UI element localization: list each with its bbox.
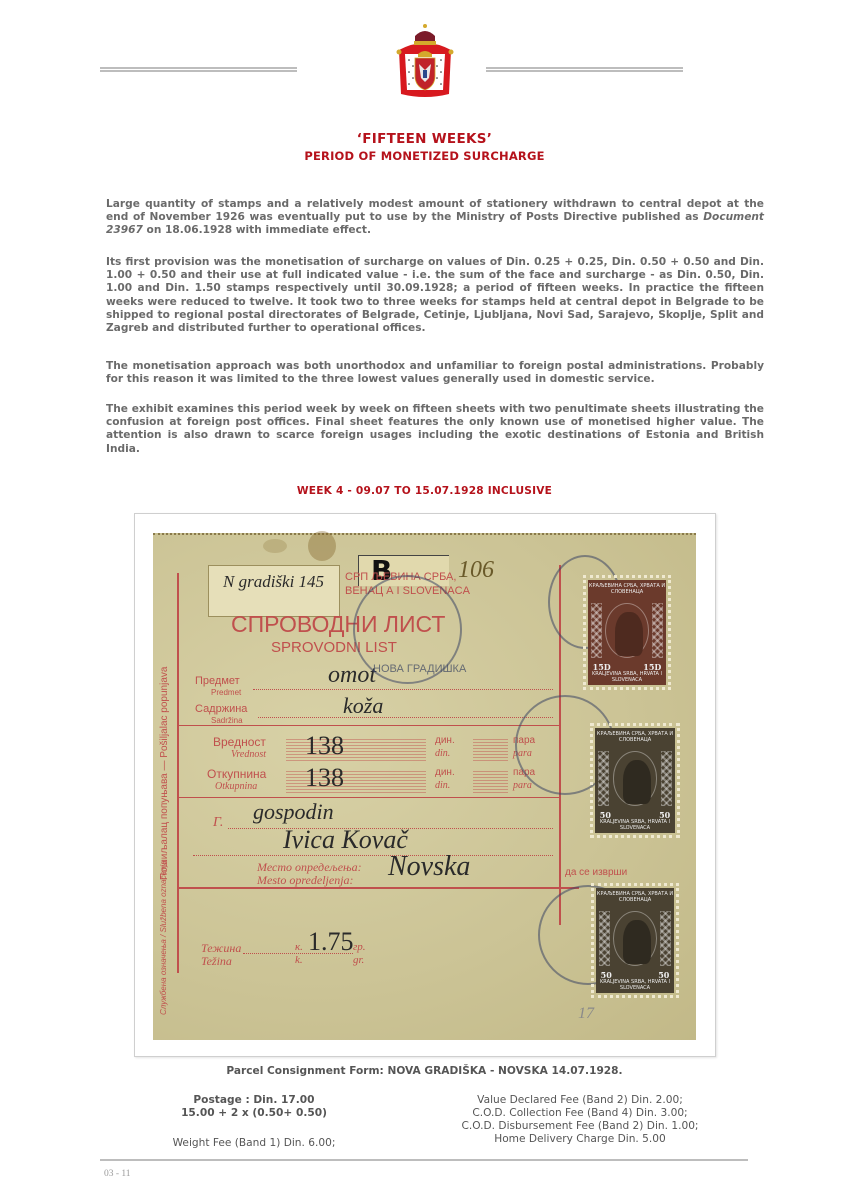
- footer-rule: [100, 1159, 748, 1161]
- official-marks-label: Службена означења / Službena označenja: [159, 860, 168, 1015]
- postage-total: Postage : Din. 17.00: [134, 1094, 374, 1107]
- coat-of-arms-icon: [393, 22, 457, 102]
- contents-value: koža: [343, 693, 383, 719]
- page-number: 03 - 11: [104, 1169, 131, 1179]
- page-title: ‘FIFTEEN WEEKS’: [0, 131, 849, 147]
- fee-line: Value Declared Fee (Band 2) Din. 2.00;: [410, 1094, 750, 1107]
- delivery-note: да се изврши: [565, 867, 627, 878]
- pencil-note: 17: [578, 1005, 594, 1023]
- stamp-50-para: КРАЉЕВИНА СРБА, ХРВАТА И СЛОВЕНАЦА 50 50…: [591, 883, 679, 998]
- destination-value: Novska: [388, 851, 470, 883]
- fee-line: C.O.D. Disbursement Fee (Band 2) Din. 1.…: [410, 1120, 750, 1133]
- origin-label: N gradiški 145: [208, 565, 340, 617]
- parcel-consignment-form: Пошиљалац попуњава — Pošiljalac popunjav…: [153, 533, 696, 1040]
- approach-paragraph: The monetisation approach was both unort…: [106, 360, 764, 386]
- ink-number: 106: [458, 557, 494, 584]
- fee-line: Home Delivery Charge Din. 5.00: [410, 1133, 750, 1146]
- form-rule: [177, 573, 179, 973]
- form-rule: [179, 797, 559, 798]
- section-heading: WEEK 4 - 09.07 TO 15.07.1928 INCLUSIVE: [0, 485, 849, 497]
- exhibit-caption: Parcel Consignment Form: NOVA GRADIŠKA -…: [0, 1065, 849, 1077]
- fee-line: C.O.D. Collection Fee (Band 4) Din. 3.00…: [410, 1107, 750, 1120]
- postage-breakdown: 15.00 + 2 x (0.50+ 0.50): [134, 1107, 374, 1120]
- stamp-15-dinar: КРАЉЕВИНА СРБА, ХРВАТА И СЛОВЕНАЦА 15D 1…: [583, 575, 671, 690]
- cod-value: 138: [305, 763, 344, 793]
- declared-value: 138: [305, 731, 344, 761]
- stain: [263, 539, 287, 553]
- form-rule: [179, 887, 579, 889]
- page-subtitle: PERIOD OF MONETIZED SURCHARGE: [0, 149, 849, 163]
- header-rule-left: [100, 67, 297, 72]
- sender-fills-label: Пошиљалац попуњава — Pošiljalac popunjav…: [159, 667, 170, 880]
- intro-paragraph: Large quantity of stamps and a relativel…: [106, 198, 764, 238]
- exhibit-paragraph: The exhibit examines this period week by…: [106, 403, 764, 456]
- weight-value: 1.75: [308, 927, 354, 957]
- stain: [308, 531, 336, 561]
- addressee-line1: gospodin: [253, 799, 334, 825]
- weight-fee: Weight Fee (Band 1) Din. 6.00;: [134, 1137, 374, 1150]
- form-rule: [179, 725, 559, 726]
- provision-paragraph: Its first provision was the monetisation…: [106, 256, 764, 335]
- header-rule-right: [486, 67, 683, 72]
- stamp-50-para: КРАЉЕВИНА СРБА, ХРВАТА И СЛОВЕНАЦА 50 50…: [590, 723, 680, 838]
